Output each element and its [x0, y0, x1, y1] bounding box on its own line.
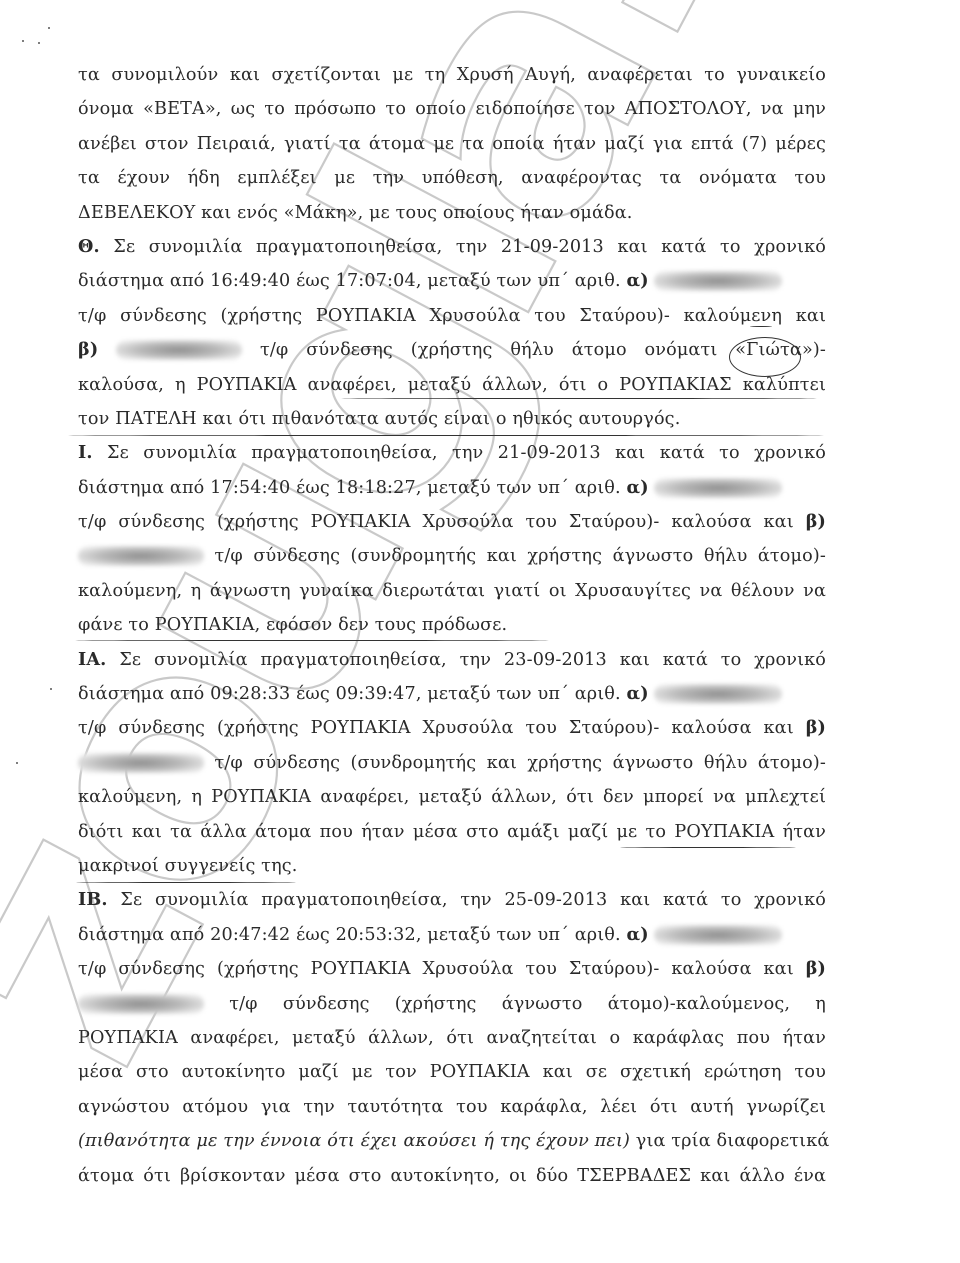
paragraph-theta: Θ. Σε συνομιλία πραγματοποιηθείσα, την 2… [78, 230, 826, 436]
redacted-phone-number [654, 478, 782, 498]
section-marker: ΙΑ. [78, 649, 106, 670]
handwritten-underline [620, 847, 796, 848]
text-line: ΙΑ. Σε συνομιλία πραγματοποιηθείσα, την … [78, 643, 826, 677]
redacted-phone-number [78, 753, 204, 773]
section-marker: Θ. [78, 236, 100, 257]
line-text: )- [813, 340, 826, 360]
circled-name-wrap: «Γιώτα» [735, 340, 813, 360]
italic-text: (πιθανότητα με την έννοια ότι έχει ακούσ… [78, 1131, 630, 1151]
text-line: ΙΒ. Σε συνομιλία πραγματοποιηθείσα, την … [78, 883, 826, 917]
text-line: τ/φ σύνδεσης (χρήστης ΡΟΥΠΑΚΙΑ Χρυσούλα … [78, 711, 826, 745]
text-line: αγνώστου ατόμου για την ταυτότητα του κα… [78, 1090, 826, 1124]
redacted-phone-number [654, 271, 782, 291]
line-text: μακρινοί συγγενείς της. [78, 856, 298, 876]
text-line: καλούμενη, η άγνωστη γυναίκα διερωτάται … [78, 574, 826, 608]
label-a: α) [627, 924, 649, 945]
line-text: φάνε το ΡΟΥΠΑΚΙΑ, εφόσον δεν τους πρόδωσ… [78, 615, 507, 635]
handwritten-underline [74, 640, 550, 641]
line-text: τ/φ σύνδεσης (συνδρομητής και χρήστης άγ… [214, 546, 826, 566]
handwritten-underline [750, 326, 772, 327]
line-text: διότι και τα άλλα άτομα που ήταν μέσα στ… [78, 822, 826, 842]
text-line: τα συνομιλούν και σχετίζονται με τη Χρυσ… [78, 58, 826, 92]
section-marker: Ι. [78, 442, 93, 463]
line-text: τ/φ σύνδεσης (χρήστης θήλυ άτομο ονόματι [260, 340, 717, 360]
section-marker: ΙΒ. [78, 889, 108, 910]
paragraph-continuation: τα συνομιλούν και σχετίζονται με τη Χρυσ… [78, 58, 826, 230]
label-b: β) [806, 958, 826, 979]
paragraph-iota: Ι. Σε συνομιλία πραγματοποιηθείσα, την 2… [78, 436, 826, 642]
redacted-phone-number [116, 340, 242, 360]
scan-speck [22, 40, 24, 42]
paragraph-iota-alpha: ΙΑ. Σε συνομιλία πραγματοποιηθείσα, την … [78, 643, 826, 884]
line-text: διάστημα από 09:28:33 έως 09:39:47, μετα… [78, 684, 621, 704]
line-text: τ/φ σύνδεσης (χρήστης ΡΟΥΠΑΚΙΑ Χρυσούλα … [78, 306, 826, 326]
text-line: καλούσα, η ΡΟΥΠΑΚΙΑ αναφέρει, μεταξύ άλλ… [78, 368, 826, 402]
text-line: μακρινοί συγγενείς της. [78, 849, 826, 883]
line-text: τ/φ σύνδεσης (χρήστης ΡΟΥΠΑΚΙΑ Χρυσούλα … [78, 512, 794, 532]
line-text: Σε συνομιλία πραγματοποιηθείσα, την 23-0… [119, 650, 826, 670]
line-text: διάστημα από 17:54:40 έως 18:18:27, μετα… [78, 478, 621, 498]
line-text: τον ΠΑΤΕΛΗ και ότι πιθανότατα αυτός είνα… [78, 409, 680, 429]
line-text: Σε συνομιλία πραγματοποιηθείσα, την 21-0… [107, 443, 826, 463]
text-line: ανέβει στον Πειραιά, γιατί τα άτομα με τ… [78, 127, 826, 161]
line-text: τ/φ σύνδεσης (χρήστης ΡΟΥΠΑΚΙΑ Χρυσούλα … [78, 718, 794, 738]
line-text: τ/φ σύνδεσης (συνδρομητής και χρήστης άγ… [214, 753, 826, 773]
text-line: διάστημα από 16:49:40 έως 17:07:04, μετα… [78, 264, 826, 298]
text-line: ΡΟΥΠΑΚΙΑ αναφέρει, μεταξύ άλλων, ότι ανα… [78, 1021, 826, 1055]
document-page: zougla.gr τα συνομιλούν και σχετίζονται … [0, 0, 960, 1263]
text-line: β) τ/φ σύνδεσης (χρήστης θήλυ άτομο ονόμ… [78, 333, 826, 367]
text-line: διάστημα από 20:47:42 έως 20:53:32, μετα… [78, 918, 826, 952]
redacted-phone-number [654, 684, 782, 704]
text-line: τον ΠΑΤΕΛΗ και ότι πιθανότατα αυτός είνα… [78, 402, 826, 436]
label-b: β) [78, 339, 98, 360]
document-body: τα συνομιλούν και σχετίζονται με τη Χρυσ… [78, 58, 826, 1193]
text-line: τ/φ σύνδεσης (χρήστης ΡΟΥΠΑΚΙΑ Χρυσούλα … [78, 505, 826, 539]
text-line: τ/φ σύνδεσης (συνδρομητής και χρήστης άγ… [78, 539, 826, 573]
text-line: (πιθανότητα με την έννοια ότι έχει ακούσ… [78, 1124, 826, 1158]
paragraph-iota-beta: ΙΒ. Σε συνομιλία πραγματοποιηθείσα, την … [78, 883, 826, 1193]
text-line: άτομα ότι βρίσκονταν μέσα στο αυτοκίνητο… [78, 1159, 826, 1193]
text-line: καλούμενη, η ΡΟΥΠΑΚΙΑ αναφέρει, μεταξύ ά… [78, 780, 826, 814]
scan-speck [50, 688, 52, 690]
label-b: β) [806, 717, 826, 738]
redacted-phone-number [654, 925, 782, 945]
redacted-phone-number [78, 546, 204, 566]
line-text: τ/φ σύνδεσης (χρήστης ΡΟΥΠΑΚΙΑ Χρυσούλα … [78, 959, 794, 979]
text-line: τ/φ σύνδεσης (χρήστης ΡΟΥΠΑΚΙΑ Χρυσούλα … [78, 952, 826, 986]
redacted-phone-number [78, 994, 204, 1014]
line-text: για τρία διαφορετικά [636, 1131, 830, 1151]
label-b: β) [806, 511, 826, 532]
line-text: διάστημα από 20:47:42 έως 20:53:32, μετα… [78, 925, 621, 945]
label-a: α) [627, 683, 649, 704]
text-line: τ/φ σύνδεσης (χρήστης άγνωστο άτομο)-καλ… [78, 987, 826, 1021]
scan-speck [16, 762, 18, 764]
text-line: Θ. Σε συνομιλία πραγματοποιηθείσα, την 2… [78, 230, 826, 264]
label-a: α) [627, 270, 649, 291]
scan-speck [48, 27, 50, 29]
line-text: Σε συνομιλία πραγματοποιηθείσα, την 25-0… [120, 890, 826, 910]
line-text: διάστημα από 16:49:40 έως 17:07:04, μετα… [78, 271, 621, 291]
text-line: Ι. Σε συνομιλία πραγματοποιηθείσα, την 2… [78, 436, 826, 470]
text-line: φάνε το ΡΟΥΠΑΚΙΑ, εφόσον δεν τους πρόδωσ… [78, 608, 826, 642]
handwritten-underline [340, 398, 818, 399]
text-line: τ/φ σύνδεσης (συνδρομητής και χρήστης άγ… [78, 746, 826, 780]
text-line: διάστημα από 17:54:40 έως 18:18:27, μετα… [78, 471, 826, 505]
text-line: διάστημα από 09:28:33 έως 09:39:47, μετα… [78, 677, 826, 711]
text-line: τ/φ σύνδεσης (χρήστης ΡΟΥΠΑΚΙΑ Χρυσούλα … [78, 299, 826, 333]
text-line: διότι και τα άλλα άτομα που ήταν μέσα στ… [78, 815, 826, 849]
text-line: ΔΕΒΕΛΕΚΟΥ και ενός «Μάκη», με τους οποίο… [78, 196, 826, 230]
scan-speck [38, 42, 40, 44]
label-a: α) [627, 477, 649, 498]
text-line: όνομα «ΒΕΤΑ», ως το πρόσωπο το οποίο ειδ… [78, 92, 826, 126]
line-text: Σε συνομιλία πραγματοποιηθείσα, την 21-0… [113, 237, 826, 257]
text-line: μέσα στο αυτοκίνητο μαζί με τον ΡΟΥΠΑΚΙΑ… [78, 1055, 826, 1089]
text-line: τα έχουν ήδη εμπλέξει με την υπόθεση, αν… [78, 161, 826, 195]
line-text: τ/φ σύνδεσης (χρήστης άγνωστο άτομο)-καλ… [229, 994, 826, 1014]
